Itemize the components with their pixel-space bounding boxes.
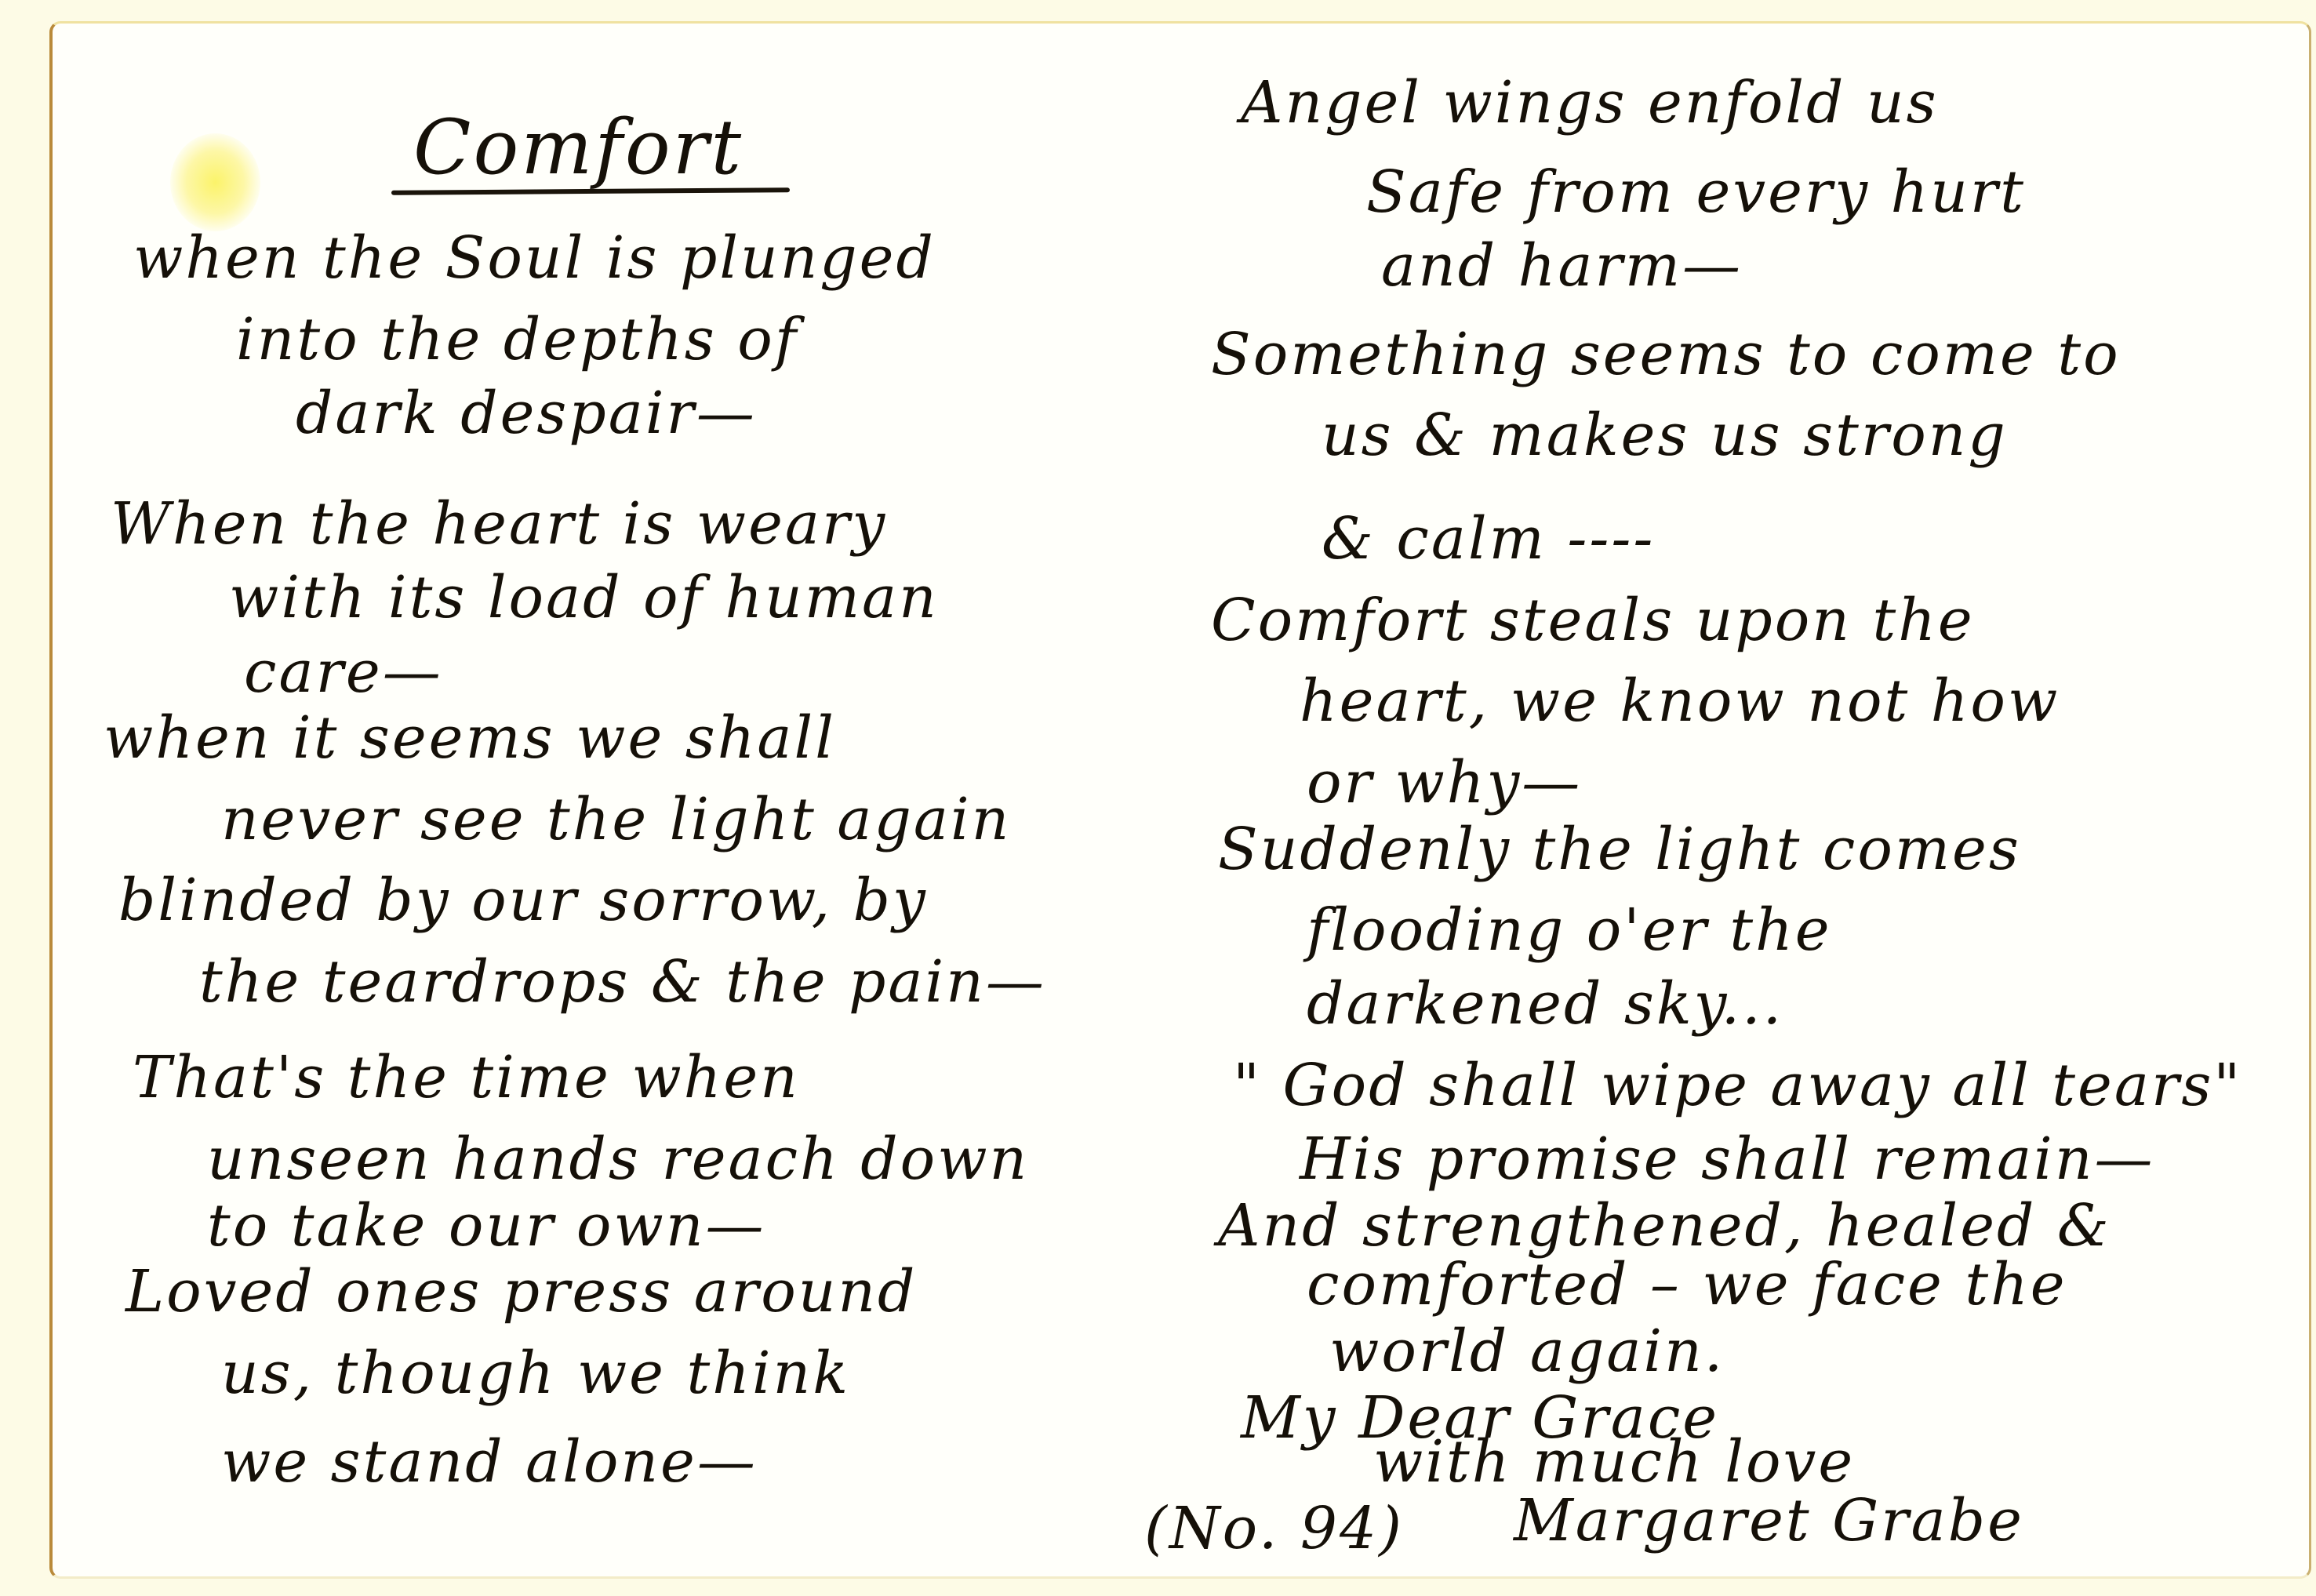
poem-line: with its load of human <box>229 569 939 627</box>
poem-line: And strengthened, healed & <box>1218 1197 2111 1255</box>
poem-title: Comfort <box>413 110 744 185</box>
poem-line: heart, we know not how <box>1300 672 2060 730</box>
poem-line: darkened sky... <box>1307 975 1783 1033</box>
poem-line: comforted – we face the <box>1307 1256 2067 1314</box>
closing-sentiment: with much love <box>1373 1433 1855 1491</box>
poem-line: That's the time when <box>133 1049 800 1107</box>
poem-line: When the heart is weary <box>111 495 887 553</box>
card-number: (No. 94) <box>1144 1500 1404 1558</box>
poem-line: Safe from every hurt <box>1366 163 2026 221</box>
poem-line: care— <box>244 643 443 701</box>
poem-line: us & makes us strong <box>1322 406 2008 464</box>
poem-line: or why— <box>1307 754 1582 812</box>
poem-line: & calm ---- <box>1322 510 1655 568</box>
signature: Margaret Grabe <box>1514 1492 2024 1550</box>
poem-line: into the depths of <box>236 311 798 369</box>
poem-line: Loved ones press around <box>125 1263 917 1321</box>
poem-line: us, though we think <box>221 1344 850 1402</box>
poem-line: Comfort steals upon the <box>1211 591 1975 649</box>
poem-line: never see the light again <box>221 791 1011 849</box>
poem-line: dark despair— <box>296 384 757 442</box>
poem-line: Angel wings enfold us <box>1241 74 1939 132</box>
poem-line: world again. <box>1329 1322 1725 1380</box>
poem-line: to take our own— <box>207 1197 765 1255</box>
poem-line: His promise shall remain— <box>1300 1130 2155 1188</box>
poem-line: blinded by our sorrow, by <box>118 871 928 929</box>
poem-line: the teardrops & the pain— <box>199 953 1046 1011</box>
poem-line: " God shall wipe away all tears" <box>1233 1056 2242 1114</box>
poem-line: Suddenly the light comes <box>1218 820 2021 878</box>
poem-line: we stand alone— <box>221 1433 758 1491</box>
poem-line: unseen hands reach down <box>207 1130 1029 1188</box>
poem-line: flooding o'er the <box>1307 901 1832 959</box>
poem-line: when it seems we shall <box>104 709 836 767</box>
yellow-stain <box>170 133 260 231</box>
poem-line: Something seems to come to <box>1211 325 2121 384</box>
poem-line: and harm— <box>1381 237 1743 295</box>
poem-line: when the Soul is plunged <box>133 229 936 287</box>
